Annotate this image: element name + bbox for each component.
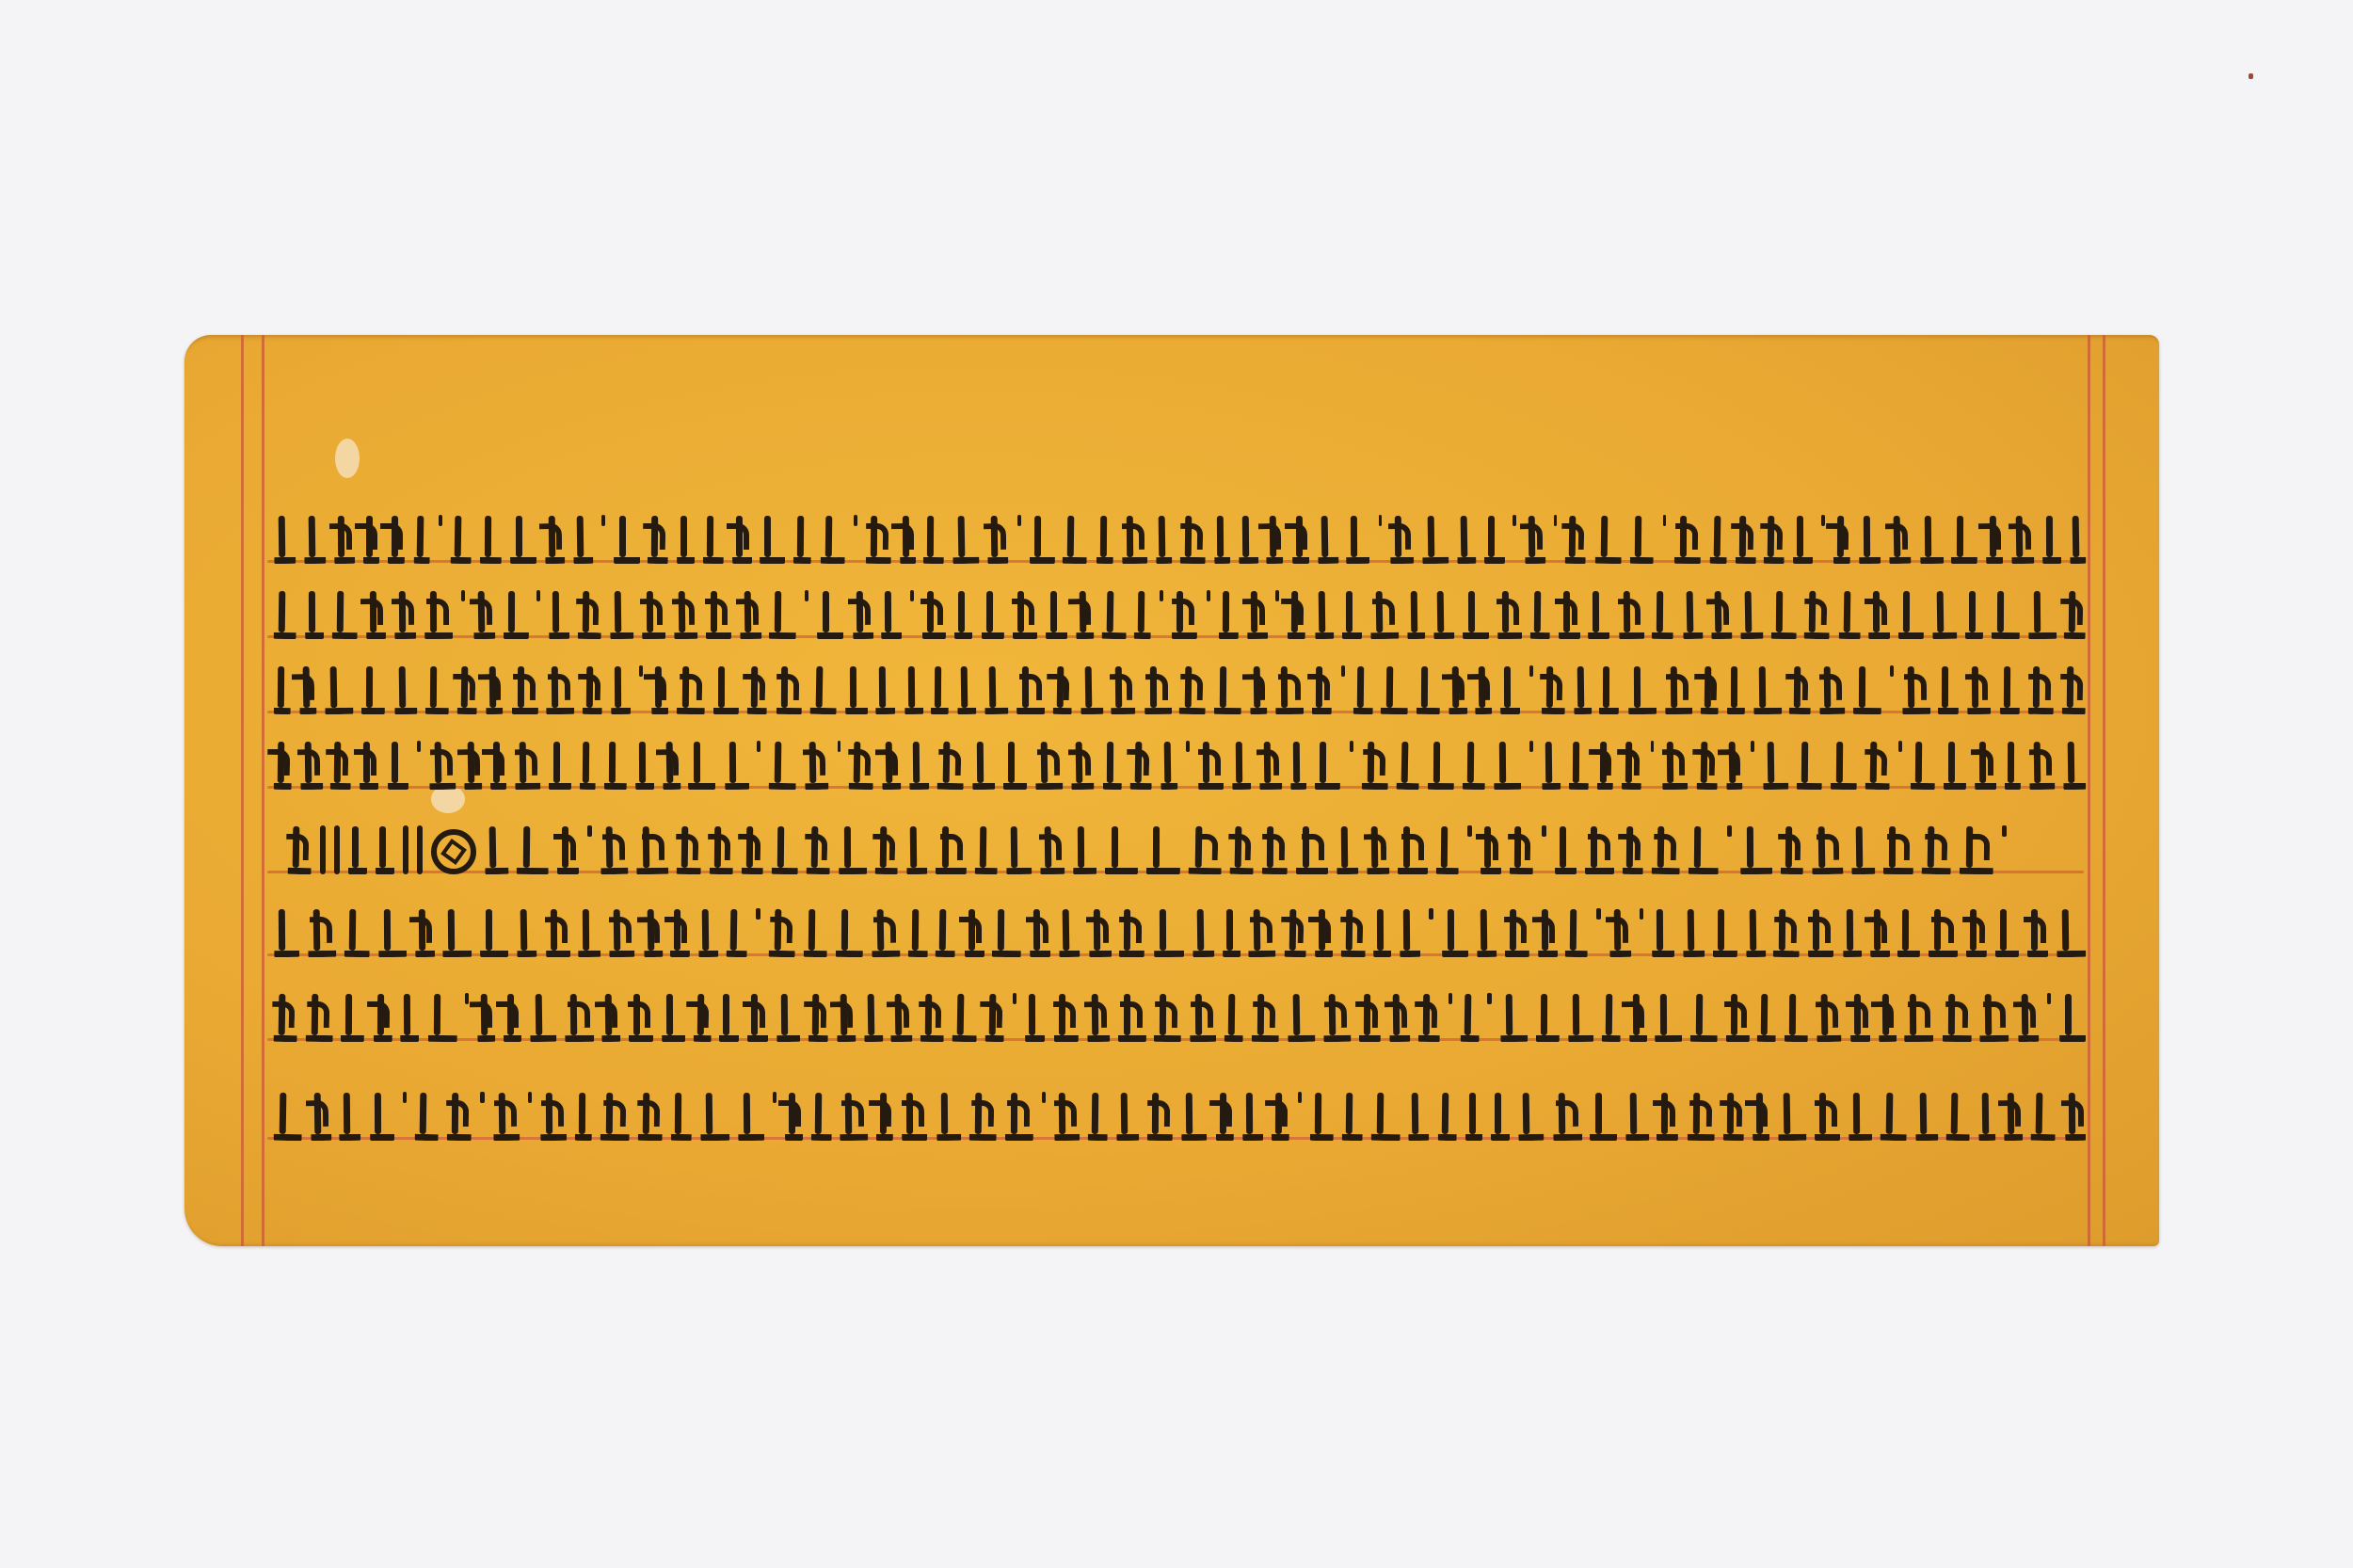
danda-mark xyxy=(320,825,326,874)
script-glyph xyxy=(1590,1089,1616,1141)
script-glyph xyxy=(1960,823,1993,874)
script-glyph xyxy=(1406,587,1425,639)
script-glyph xyxy=(2017,990,2039,1042)
script-glyph xyxy=(1597,738,1614,790)
script-glyph xyxy=(1565,905,1589,957)
chakra-ornament-icon xyxy=(431,829,476,874)
script-glyph xyxy=(601,990,620,1042)
script-glyph xyxy=(1367,823,1390,874)
script-glyph xyxy=(1054,1089,1080,1141)
script-glyph xyxy=(1628,663,1657,714)
script-glyph xyxy=(1812,823,1844,875)
script-glyph xyxy=(1359,990,1381,1042)
punctuation-mark xyxy=(1467,825,1472,837)
script-glyph xyxy=(1475,663,1493,714)
script-glyph xyxy=(1915,1089,1939,1141)
script-glyph xyxy=(480,512,502,564)
punctuation-mark xyxy=(773,1092,776,1103)
script-glyph xyxy=(1433,587,1455,639)
script-glyph xyxy=(1292,512,1309,564)
punctuation-mark xyxy=(403,1092,407,1103)
script-glyph xyxy=(2027,587,2056,639)
script-glyph xyxy=(1373,905,1391,957)
script-glyph xyxy=(1381,663,1408,714)
script-glyph xyxy=(1337,823,1359,874)
script-glyph xyxy=(1258,738,1282,790)
script-glyph xyxy=(1198,738,1225,790)
script-glyph xyxy=(1662,738,1689,790)
script-glyph xyxy=(936,1089,961,1141)
script-glyph xyxy=(1315,738,1341,790)
script-glyph xyxy=(713,663,739,714)
script-glyph xyxy=(344,905,370,957)
script-glyph xyxy=(1542,663,1565,714)
script-glyph xyxy=(1437,1089,1457,1141)
script-glyph xyxy=(517,823,550,874)
script-glyph xyxy=(442,905,472,957)
script-glyph xyxy=(486,663,504,714)
script-glyph xyxy=(1484,512,1505,564)
script-glyph xyxy=(1088,1089,1108,1141)
script-glyph xyxy=(1456,512,1476,564)
script-glyph xyxy=(840,1089,868,1141)
script-glyph xyxy=(1599,663,1620,714)
punctuation-mark xyxy=(1663,515,1667,526)
script-glyph xyxy=(274,738,292,790)
script-glyph xyxy=(546,663,574,714)
script-glyph xyxy=(564,990,593,1042)
script-glyph xyxy=(952,512,979,564)
script-glyph xyxy=(899,512,915,564)
punctuation-mark xyxy=(1449,993,1452,1004)
script-glyph xyxy=(2057,905,2087,957)
script-glyph xyxy=(1778,1089,1807,1141)
script-glyph xyxy=(1889,512,1912,564)
script-glyph xyxy=(2062,738,2086,790)
script-glyph xyxy=(1628,990,1646,1042)
script-glyph xyxy=(1448,663,1466,714)
script-glyph xyxy=(1063,512,1088,564)
script-glyph xyxy=(2004,1089,2023,1141)
script-glyph xyxy=(1938,663,1959,714)
script-glyph xyxy=(643,905,663,957)
script-glyph xyxy=(769,587,797,639)
manuscript-text-line xyxy=(274,735,2086,790)
script-glyph xyxy=(1288,587,1306,639)
script-glyph xyxy=(578,905,600,957)
script-glyph xyxy=(1565,512,1587,564)
script-glyph xyxy=(424,663,449,714)
punctuation-mark xyxy=(601,515,605,526)
script-glyph xyxy=(1262,823,1288,874)
script-glyph xyxy=(288,823,312,874)
script-glyph xyxy=(609,905,635,957)
script-glyph xyxy=(987,512,1009,564)
script-glyph xyxy=(415,1089,440,1141)
script-glyph xyxy=(490,738,506,790)
script-glyph xyxy=(1655,990,1682,1042)
script-glyph xyxy=(2000,663,2021,714)
script-glyph xyxy=(400,990,420,1042)
script-glyph xyxy=(1922,823,1952,874)
danda-mark xyxy=(417,825,423,874)
danda-mark xyxy=(403,825,408,874)
script-glyph xyxy=(1192,905,1214,957)
script-glyph xyxy=(875,823,899,874)
script-glyph xyxy=(1652,905,1674,957)
script-glyph xyxy=(1491,1089,1511,1141)
script-glyph xyxy=(580,738,597,790)
script-glyph xyxy=(907,905,927,957)
script-glyph xyxy=(882,738,901,790)
punctuation-mark xyxy=(1207,590,1210,601)
script-glyph xyxy=(1340,905,1365,957)
script-glyph xyxy=(1683,905,1705,957)
script-glyph xyxy=(549,587,569,639)
script-glyph xyxy=(1172,587,1198,639)
script-glyph xyxy=(710,823,734,874)
script-glyph xyxy=(1040,823,1065,874)
script-glyph xyxy=(1853,663,1881,714)
script-glyph xyxy=(1312,663,1333,714)
punctuation-mark xyxy=(1596,908,1600,920)
script-glyph xyxy=(881,587,902,639)
script-glyph xyxy=(992,905,1021,957)
left-margin-rule xyxy=(262,335,264,1246)
script-glyph xyxy=(1266,512,1284,564)
script-glyph xyxy=(982,587,1004,639)
punctuation-mark xyxy=(756,908,760,920)
script-glyph xyxy=(1116,1089,1140,1141)
script-glyph xyxy=(2011,512,2035,564)
script-glyph xyxy=(1709,512,1727,564)
script-glyph xyxy=(1179,663,1207,714)
script-glyph xyxy=(424,587,453,639)
script-glyph xyxy=(1797,738,1822,790)
script-glyph xyxy=(677,663,706,714)
script-glyph xyxy=(1687,1089,1715,1141)
punctuation-mark xyxy=(1890,665,1894,677)
script-glyph xyxy=(1118,990,1146,1042)
script-glyph xyxy=(1569,738,1590,790)
script-glyph xyxy=(274,512,296,564)
script-glyph xyxy=(677,512,695,564)
script-glyph xyxy=(638,1089,663,1141)
script-glyph xyxy=(545,905,569,957)
script-glyph xyxy=(651,663,668,714)
script-glyph xyxy=(1910,738,1934,790)
script-glyph xyxy=(1568,990,1594,1042)
punctuation-mark xyxy=(1160,590,1163,601)
script-glyph xyxy=(529,990,556,1042)
script-glyph xyxy=(719,990,739,1042)
script-glyph xyxy=(693,990,711,1042)
script-glyph xyxy=(1697,738,1719,790)
script-glyph xyxy=(1865,738,1890,790)
script-glyph xyxy=(1400,905,1421,957)
script-glyph xyxy=(871,905,900,958)
script-glyph xyxy=(511,663,537,714)
numeral-glyph xyxy=(348,823,367,874)
script-glyph xyxy=(1397,738,1419,790)
script-glyph xyxy=(1815,1089,1840,1141)
punctuation-mark xyxy=(587,825,592,837)
script-glyph xyxy=(1284,905,1306,957)
script-glyph xyxy=(1725,738,1742,790)
punctuation-mark xyxy=(528,1092,532,1103)
punctuation-mark xyxy=(480,1092,484,1103)
script-glyph xyxy=(1441,905,1467,957)
script-glyph xyxy=(1408,1089,1430,1141)
script-glyph xyxy=(464,738,483,790)
script-glyph xyxy=(1898,587,1925,639)
script-glyph xyxy=(1552,1089,1581,1141)
script-glyph xyxy=(1160,738,1177,790)
punctuation-mark xyxy=(1379,515,1383,526)
script-glyph xyxy=(2059,990,2086,1042)
script-glyph xyxy=(1006,823,1032,874)
script-glyph xyxy=(363,512,380,564)
script-glyph xyxy=(1525,512,1545,564)
punctuation-mark xyxy=(439,515,442,526)
script-glyph xyxy=(1833,512,1851,564)
script-glyph xyxy=(1944,738,1966,790)
punctuation-mark xyxy=(1651,741,1655,752)
script-glyph xyxy=(610,587,634,639)
script-glyph xyxy=(1346,512,1370,564)
script-glyph xyxy=(1122,512,1147,564)
script-glyph xyxy=(808,990,829,1042)
script-glyph xyxy=(1929,905,1958,957)
script-glyph xyxy=(732,512,752,564)
script-glyph xyxy=(477,990,495,1042)
script-glyph xyxy=(1602,990,1621,1042)
script-glyph xyxy=(388,738,408,790)
script-glyph xyxy=(1657,1089,1678,1141)
script-glyph xyxy=(1573,663,1592,714)
script-glyph xyxy=(1250,663,1268,714)
script-glyph xyxy=(1932,587,1958,639)
script-glyph xyxy=(1436,823,1460,874)
script-glyph xyxy=(366,587,386,639)
script-glyph xyxy=(688,738,715,790)
script-glyph xyxy=(1230,823,1255,874)
script-glyph xyxy=(1290,738,1307,790)
script-glyph xyxy=(760,512,785,564)
manuscript-text-line xyxy=(288,820,2100,874)
script-glyph xyxy=(739,587,760,639)
punctuation-mark xyxy=(2047,993,2051,1004)
script-glyph xyxy=(923,512,944,564)
punctuation-mark xyxy=(1013,993,1016,1004)
punctuation-mark xyxy=(838,741,841,752)
script-glyph xyxy=(1189,823,1223,875)
script-glyph xyxy=(450,512,472,564)
script-glyph xyxy=(836,905,863,957)
script-glyph xyxy=(809,663,837,714)
script-glyph xyxy=(1868,587,1890,639)
script-glyph xyxy=(1879,990,1897,1042)
script-glyph xyxy=(2064,587,2086,639)
manuscript-text-line xyxy=(274,584,2086,639)
script-glyph xyxy=(1978,1089,1996,1141)
script-glyph xyxy=(920,990,944,1042)
script-glyph xyxy=(642,587,665,639)
script-glyph xyxy=(1819,663,1846,714)
script-glyph xyxy=(510,512,537,564)
script-glyph xyxy=(969,1089,998,1141)
manuscript-folio: Manuscript folio (pothi leaf), photograp… xyxy=(184,335,2159,1246)
script-glyph xyxy=(1214,663,1241,714)
script-glyph xyxy=(1609,905,1631,957)
script-glyph xyxy=(274,905,300,957)
left-margin-rule xyxy=(241,335,244,1246)
script-glyph xyxy=(629,990,653,1042)
script-glyph xyxy=(334,512,355,564)
script-glyph xyxy=(305,587,324,639)
punctuation-mark xyxy=(1898,741,1902,752)
script-glyph xyxy=(1016,663,1046,714)
script-glyph xyxy=(1342,1089,1363,1141)
script-glyph xyxy=(670,905,690,957)
script-glyph xyxy=(1134,587,1151,639)
script-glyph xyxy=(1463,587,1489,639)
punctuation-mark xyxy=(1042,1092,1046,1103)
script-glyph xyxy=(747,990,768,1042)
script-glyph xyxy=(1248,905,1276,957)
script-glyph xyxy=(447,1089,472,1141)
script-glyph xyxy=(583,663,603,714)
script-glyph xyxy=(936,905,956,957)
script-glyph xyxy=(1518,1089,1545,1141)
script-glyph xyxy=(332,587,358,639)
script-glyph xyxy=(876,1089,893,1141)
script-glyph xyxy=(1417,663,1440,714)
script-glyph xyxy=(573,512,594,564)
script-glyph xyxy=(2027,905,2048,957)
script-glyph xyxy=(600,1089,630,1141)
script-glyph xyxy=(2042,512,2061,564)
punctuation-mark xyxy=(1529,665,1533,677)
script-glyph xyxy=(1154,990,1181,1042)
script-glyph xyxy=(1995,905,2019,957)
script-glyph xyxy=(1710,587,1732,639)
script-glyph xyxy=(485,823,509,874)
script-glyph xyxy=(1288,990,1316,1042)
script-glyph xyxy=(1901,663,1929,714)
script-glyph xyxy=(902,1089,928,1141)
script-glyph xyxy=(1919,512,1943,564)
punctuation-mark xyxy=(2002,825,2007,837)
script-glyph xyxy=(1859,512,1881,564)
script-glyph xyxy=(776,663,802,714)
verse-mark-text: ॥३॥१०॥ xyxy=(184,335,185,336)
script-glyph xyxy=(2064,1089,2086,1141)
script-glyph xyxy=(954,587,972,639)
script-glyph xyxy=(700,1089,729,1141)
script-glyph xyxy=(1727,663,1745,714)
script-glyph xyxy=(1817,990,1842,1042)
script-glyph xyxy=(793,512,812,564)
script-glyph xyxy=(1225,990,1244,1042)
script-glyph xyxy=(1370,1089,1400,1141)
right-margin-rule xyxy=(2103,335,2105,1246)
script-glyph xyxy=(341,990,365,1042)
script-glyph xyxy=(1500,663,1520,714)
script-glyph xyxy=(1246,587,1267,639)
punctuation-mark xyxy=(639,665,643,677)
script-glyph xyxy=(1986,512,2004,564)
script-glyph xyxy=(1588,587,1610,639)
script-glyph xyxy=(863,990,882,1042)
script-glyph xyxy=(1869,905,1889,957)
script-glyph xyxy=(1059,905,1080,957)
script-glyph xyxy=(1652,587,1674,639)
script-glyph xyxy=(1362,738,1389,790)
punctuation-mark xyxy=(757,741,760,752)
script-glyph xyxy=(1147,1089,1174,1141)
script-glyph xyxy=(1881,1089,1908,1141)
script-glyph xyxy=(865,512,890,564)
script-glyph xyxy=(1625,1089,1649,1141)
script-glyph xyxy=(1967,663,1992,714)
script-glyph xyxy=(890,990,913,1042)
manuscript-text-line xyxy=(274,660,2086,714)
script-glyph xyxy=(1753,1089,1769,1141)
script-glyph xyxy=(1465,1089,1482,1141)
punctuation-mark xyxy=(1017,515,1021,526)
script-glyph xyxy=(1789,663,1812,714)
punctuation-mark xyxy=(1821,515,1825,526)
script-glyph xyxy=(931,663,949,714)
script-glyph xyxy=(1682,587,1703,639)
script-glyph xyxy=(2031,1089,2057,1141)
script-glyph xyxy=(413,512,430,564)
script-glyph xyxy=(742,823,764,874)
script-glyph xyxy=(1476,905,1497,957)
script-glyph xyxy=(545,512,565,564)
script-glyph xyxy=(1771,587,1797,639)
script-glyph xyxy=(648,512,668,564)
script-glyph xyxy=(304,512,327,564)
script-glyph xyxy=(1499,990,1527,1042)
script-glyph xyxy=(388,512,406,564)
numeral-glyph xyxy=(376,823,394,874)
punctuation-mark xyxy=(461,590,465,601)
script-glyph xyxy=(1753,663,1781,714)
script-glyph xyxy=(1190,990,1216,1042)
script-glyph xyxy=(1315,905,1333,957)
script-glyph xyxy=(1144,663,1172,714)
script-glyph xyxy=(611,663,631,714)
script-glyph xyxy=(703,512,724,564)
punctuation-mark xyxy=(1640,908,1643,920)
script-glyph xyxy=(1535,990,1560,1042)
script-glyph xyxy=(972,738,995,790)
script-glyph xyxy=(1181,1089,1208,1141)
script-glyph xyxy=(1422,512,1449,564)
script-glyph xyxy=(817,587,843,639)
punctuation-mark xyxy=(1542,825,1546,837)
script-glyph xyxy=(839,823,867,874)
script-glyph xyxy=(1310,1089,1334,1141)
script-glyph xyxy=(299,738,322,790)
script-glyph xyxy=(1003,738,1027,790)
punctuation-mark xyxy=(854,515,857,526)
script-glyph xyxy=(1781,823,1803,874)
script-glyph xyxy=(1071,738,1095,790)
script-glyph xyxy=(1046,587,1067,639)
